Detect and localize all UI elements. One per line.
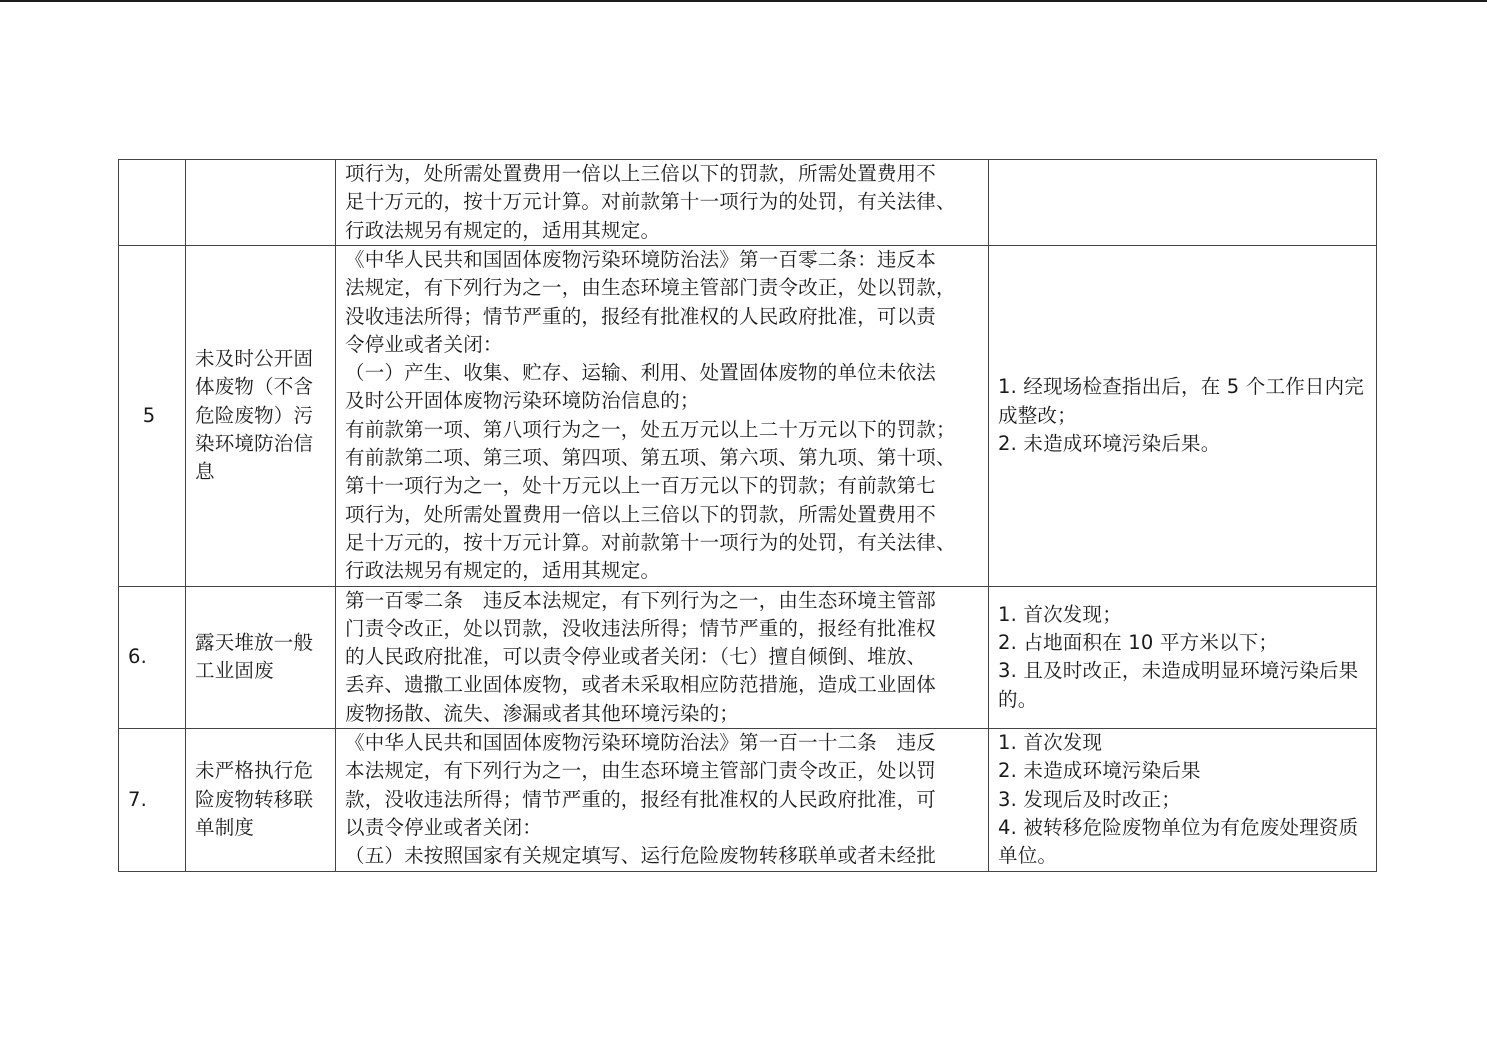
legal-basis-cell: 第一百零二条 违反本法规定，有下列行为之一，由生态环境主管部 门责令改正，处以罚…: [336, 586, 989, 728]
exemption-conditions-cell: 1. 首次发现 2. 未造成环境污染后果 3. 发现后及时改正； 4. 被转移危…: [989, 729, 1377, 871]
legal-basis-line: 及时公开固体废物污染环境防治信息的；: [345, 387, 982, 415]
violation-item-cell: 未严格执行危险废物转移联单制度: [186, 729, 336, 871]
legal-basis-line: 丢弃、遗撒工业固体废物，或者未采取相应防范措施，造成工业固体: [345, 671, 982, 699]
legal-basis-line: 款，没收违法所得；情节严重的，报经有批准权的人民政府批准，可: [345, 786, 982, 814]
legal-basis-line: 第一百零二条 违反本法规定，有下列行为之一，由生态环境主管部: [345, 587, 982, 615]
row-number-cell: 6.: [119, 586, 186, 728]
legal-basis-line: 有前款第二项、第三项、第四项、第五项、第六项、第九项、第十项、: [345, 444, 982, 472]
legal-basis-cell: 项行为，处所需处置费用一倍以上三倍以下的罚款，所需处置费用不 足十万元的，按十万…: [336, 160, 989, 246]
legal-basis-line: 废物扬散、流失、渗漏或者其他环境污染的；: [345, 700, 982, 728]
exemption-conditions-cell: 1. 经现场检查指出后，在 5 个工作日内完成整改； 2. 未造成环境污染后果。: [989, 246, 1377, 587]
legal-basis-line: 令停业或者关闭：: [345, 331, 982, 359]
legal-basis-line: 足十万元的，按十万元计算。对前款第十一项行为的处罚，有关法律、: [345, 529, 982, 557]
row-number-cell: 7.: [119, 729, 186, 871]
condition-item: 1. 首次发现: [998, 729, 1370, 757]
exemption-conditions-cell: 1. 首次发现； 2. 占地面积在 10 平方米以下； 3. 且及时改正，未造成…: [989, 586, 1377, 728]
legal-basis-line: 项行为，处所需处置费用一倍以上三倍以下的罚款，所需处置费用不: [345, 160, 982, 188]
legal-basis-line: 没收违法所得；情节严重的，报经有批准权的人民政府批准，可以责: [345, 303, 982, 331]
legal-basis-line: 《中华人民共和国固体废物污染环境防治法》第一百一十二条 违反: [345, 729, 982, 757]
row-number-cell: [119, 160, 186, 246]
legal-basis-line: 项行为，处所需处置费用一倍以上三倍以下的罚款，所需处置费用不: [345, 501, 982, 529]
violation-item-cell: 露天堆放一般工业固废: [186, 586, 336, 728]
condition-item: 3. 发现后及时改正；: [998, 786, 1370, 814]
page-top-border: [0, 0, 1487, 2]
penalty-exemption-table: 项行为，处所需处置费用一倍以上三倍以下的罚款，所需处置费用不 足十万元的，按十万…: [118, 159, 1377, 872]
legal-basis-line: （五）未按照国家有关规定填写、运行危险废物转移联单或者未经批: [345, 842, 982, 870]
legal-basis-line: 足十万元的，按十万元计算。对前款第十一项行为的处罚，有关法律、: [345, 188, 982, 216]
legal-basis-line: （一）产生、收集、贮存、运输、利用、处置固体废物的单位未依法: [345, 359, 982, 387]
legal-basis-line: 本法规定，有下列行为之一，由生态环境主管部门责令改正，处以罚: [345, 757, 982, 785]
legal-basis-line: 行政法规另有规定的，适用其规定。: [345, 217, 982, 245]
legal-basis-line: 的人民政府批准，可以责令停业或者关闭：（七）擅自倾倒、堆放、: [345, 643, 982, 671]
exemption-conditions-cell: [989, 160, 1377, 246]
row-number-cell: 5: [119, 246, 186, 587]
violation-item-cell: [186, 160, 336, 246]
condition-item: 3. 且及时改正，未造成明显环境污染后果的。: [998, 657, 1370, 714]
condition-item: 1. 经现场检查指出后，在 5 个工作日内完成整改；: [998, 373, 1370, 430]
table-row: 项行为，处所需处置费用一倍以上三倍以下的罚款，所需处置费用不 足十万元的，按十万…: [119, 160, 1377, 246]
legal-basis-line: 《中华人民共和国固体废物污染环境防治法》第一百零二条：违反本: [345, 246, 982, 274]
table-row: 5 未及时公开固体废物（不含危险废物）污染环境防治信息 《中华人民共和国固体废物…: [119, 246, 1377, 587]
table-row: 7. 未严格执行危险废物转移联单制度 《中华人民共和国固体废物污染环境防治法》第…: [119, 729, 1377, 871]
condition-item: 1. 首次发现；: [998, 601, 1370, 629]
condition-item: 2. 未造成环境污染后果: [998, 757, 1370, 785]
legal-basis-line: 行政法规另有规定的，适用其规定。: [345, 557, 982, 585]
legal-basis-line: 以责令停业或者关闭：: [345, 814, 982, 842]
condition-item: 2. 占地面积在 10 平方米以下；: [998, 629, 1370, 657]
condition-item: 4. 被转移危险废物单位为有危废处理资质单位。: [998, 814, 1370, 871]
legal-basis-line: 门责令改正，处以罚款，没收违法所得；情节严重的，报经有批准权: [345, 615, 982, 643]
legal-basis-cell: 《中华人民共和国固体废物污染环境防治法》第一百零二条：违反本 法规定，有下列行为…: [336, 246, 989, 587]
table-row: 6. 露天堆放一般工业固废 第一百零二条 违反本法规定，有下列行为之一，由生态环…: [119, 586, 1377, 728]
legal-basis-line: 法规定，有下列行为之一，由生态环境主管部门责令改正，处以罚款，: [345, 274, 982, 302]
legal-basis-line: 第十一项行为之一，处十万元以上一百万元以下的罚款；有前款第七: [345, 472, 982, 500]
legal-basis-line: 有前款第一项、第八项行为之一，处五万元以上二十万元以下的罚款；: [345, 416, 982, 444]
legal-basis-cell: 《中华人民共和国固体废物污染环境防治法》第一百一十二条 违反 本法规定，有下列行…: [336, 729, 989, 871]
violation-item-cell: 未及时公开固体废物（不含危险废物）污染环境防治信息: [186, 246, 336, 587]
condition-item: 2. 未造成环境污染后果。: [998, 430, 1370, 458]
